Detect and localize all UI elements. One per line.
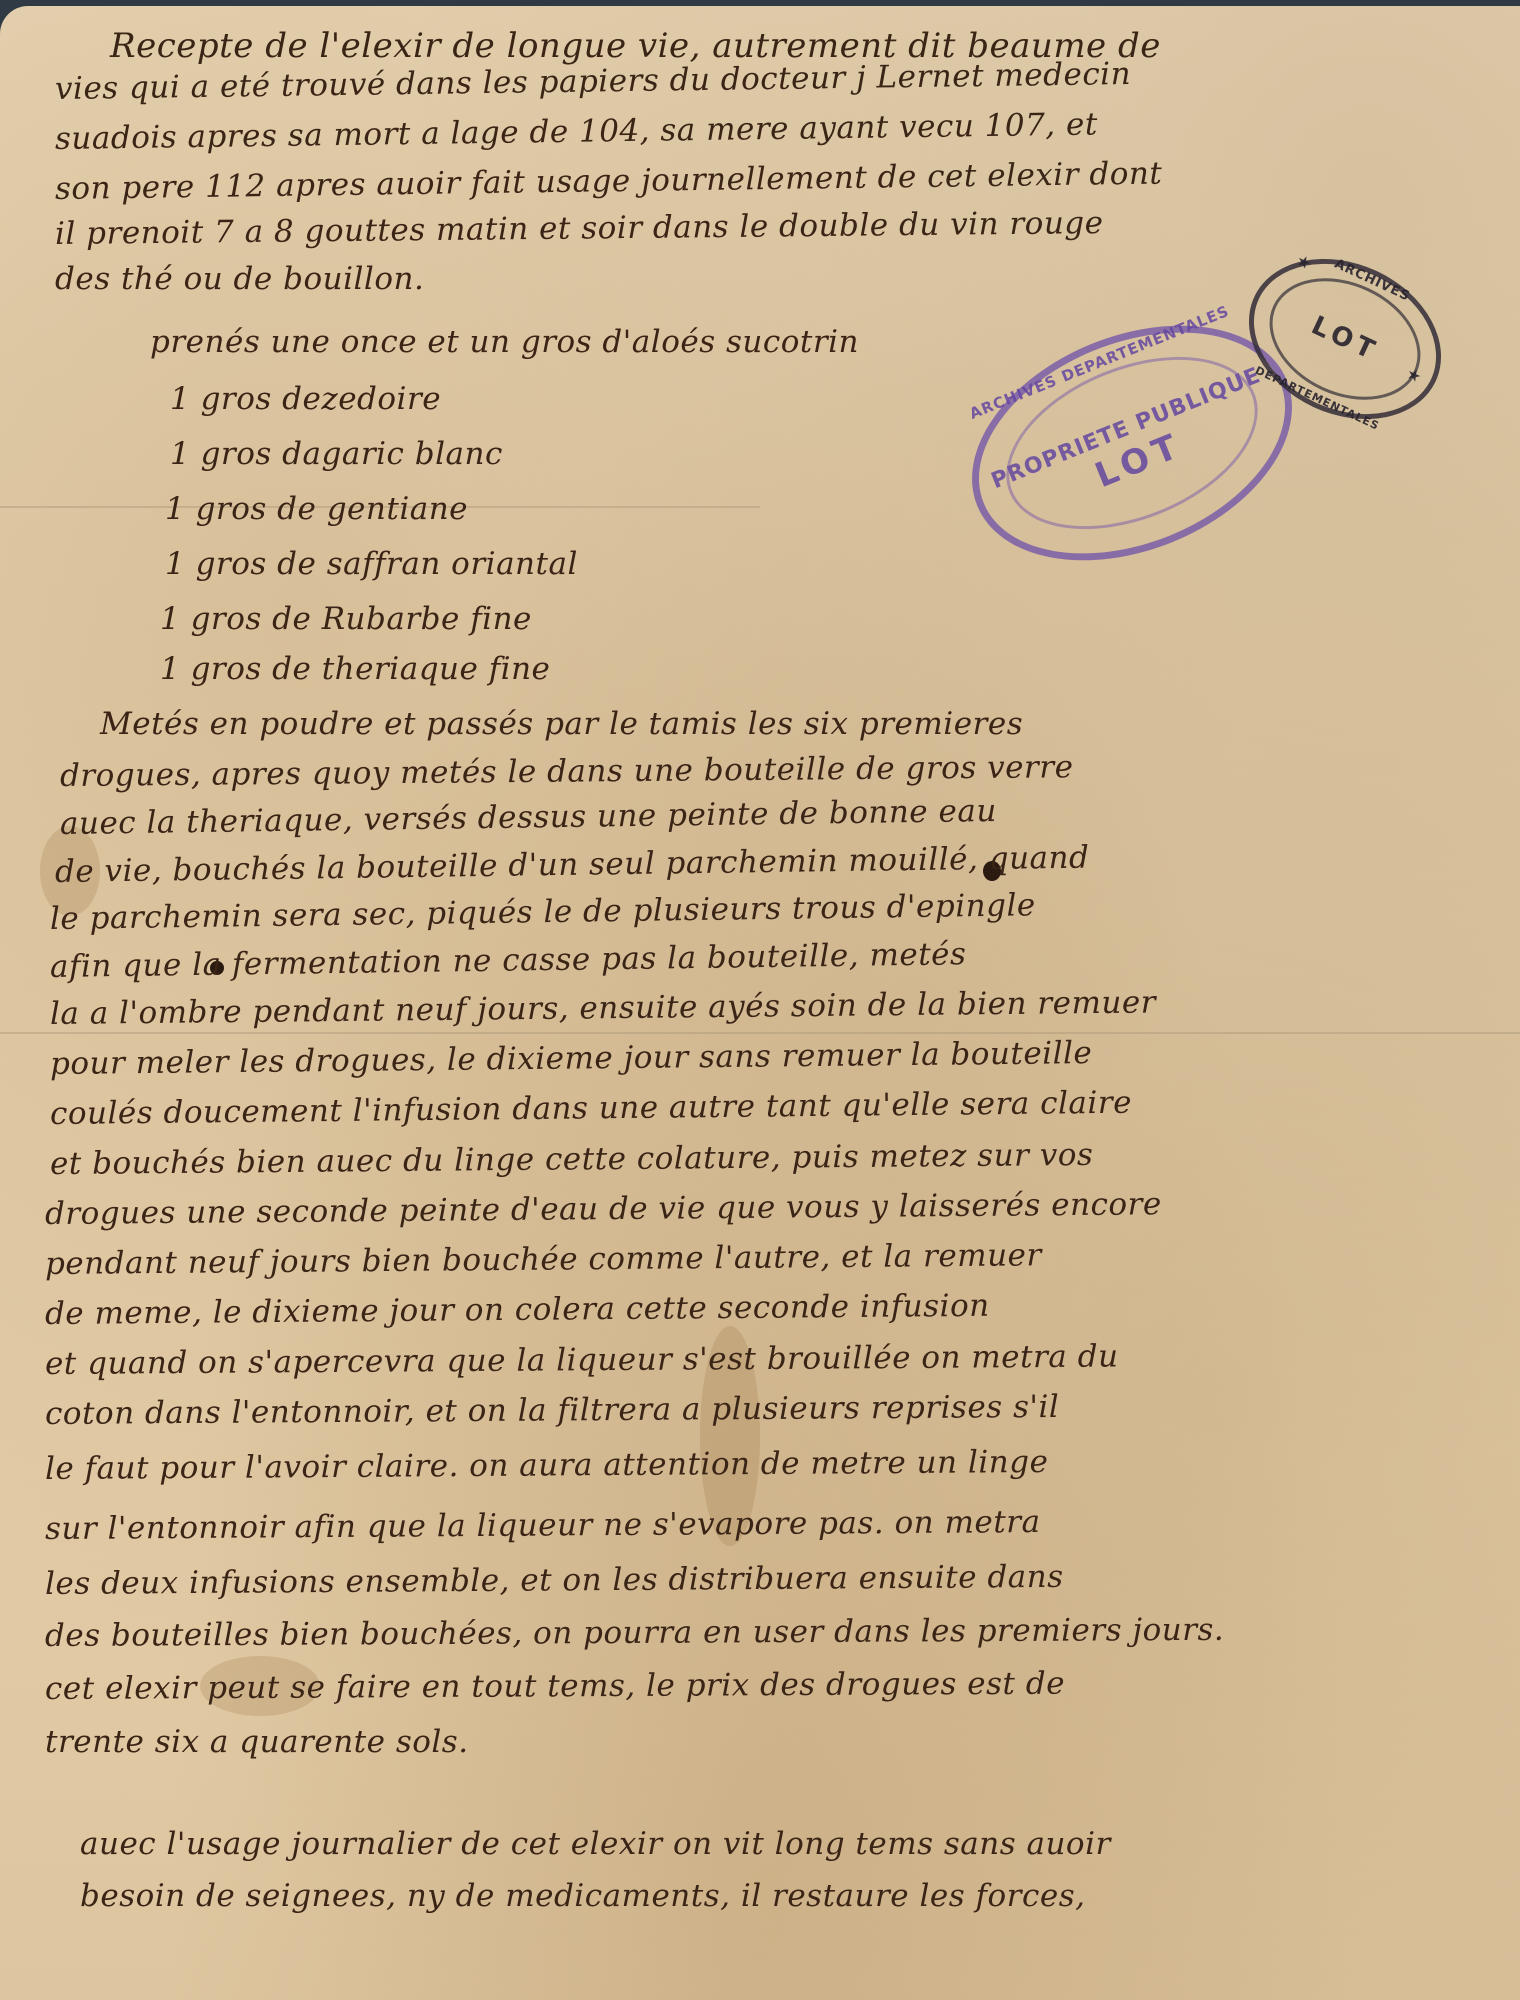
body-line: le faut pour l'avoir claire. on aura att… [45, 1444, 1049, 1487]
body-line: pendant neuf jours bien bouchée comme l'… [45, 1237, 1042, 1282]
body-line: auec la theriaque, versés dessus une pei… [60, 793, 997, 842]
manuscript-page: Recepte de l'elexir de longue vie, autre… [0, 6, 1520, 2000]
body-line: coton dans l'entonnoir, et on la filtrer… [45, 1389, 1060, 1432]
closing-line: auec l'usage journalier de cet elexir on… [80, 1826, 1111, 1862]
ingredient-line: 1 gros de theriaque fine [160, 651, 550, 687]
body-line: et quand on s'apercevra que la liqueur s… [45, 1339, 1119, 1382]
body-line: et bouchés bien auec du linge cette cola… [50, 1137, 1094, 1182]
body-line: drogues, apres quoy metés le dans une bo… [60, 749, 1074, 794]
ingredient-line: 1 gros dezedoire [170, 381, 441, 417]
body-line: trente six a quarente sols. [45, 1724, 469, 1760]
body-line: Metés en poudre et passés par le tamis l… [100, 706, 1023, 742]
body-line: pour meler les drogues, le dixieme jour … [50, 1035, 1093, 1082]
title-line: son pere 112 apres auoir fait usage jour… [55, 156, 1163, 207]
body-line: le parchemin sera sec, piqués le de plus… [50, 887, 1036, 937]
body-line: coulés doucement l'infusion dans une aut… [50, 1085, 1132, 1132]
ingredient-line: 1 gros de Rubarbe fine [160, 601, 532, 637]
title-line: il prenoit 7 a 8 gouttes matin et soir d… [55, 205, 1104, 252]
closing-line: besoin de seignees, ny de medicaments, i… [80, 1878, 1085, 1914]
title-line: suadois apres sa mort a lage de 104, sa … [55, 106, 1098, 157]
body-line: de meme, le dixieme jour on colera cette… [45, 1288, 990, 1332]
ingredient-line: 1 gros de gentiane [165, 491, 468, 527]
stamp-inner-ring [981, 323, 1283, 563]
body-line: cet elexir peut se faire en tout tems, l… [45, 1666, 1065, 1707]
body-line: des bouteilles bien bouchées, on pourra … [45, 1612, 1224, 1654]
ingredient-line: 1 gros de saffran oriantal [165, 546, 578, 582]
body-line: les deux infusions ensemble, et on les d… [45, 1559, 1064, 1602]
title-line: des thé ou de bouillon. [55, 261, 424, 297]
body-line: drogues une seconde peinte d'eau de vie … [45, 1186, 1162, 1232]
body-line: la a l'ombre pendant neuf jours, ensuite… [50, 984, 1156, 1032]
ingredient-line: prenés une once et un gros d'aloés sucot… [150, 324, 859, 360]
body-line: de vie, bouchés la bouteille d'un seul p… [55, 840, 1090, 890]
ingredient-line: 1 gros dagaric blanc [170, 436, 503, 472]
paper-fold-line [0, 1032, 1520, 1034]
body-line: afin que la fermentation ne casse pas la… [50, 936, 967, 985]
star-icon: ★ [1293, 250, 1314, 273]
body-line: sur l'entonnoir afin que la liqueur ne s… [45, 1504, 1041, 1547]
